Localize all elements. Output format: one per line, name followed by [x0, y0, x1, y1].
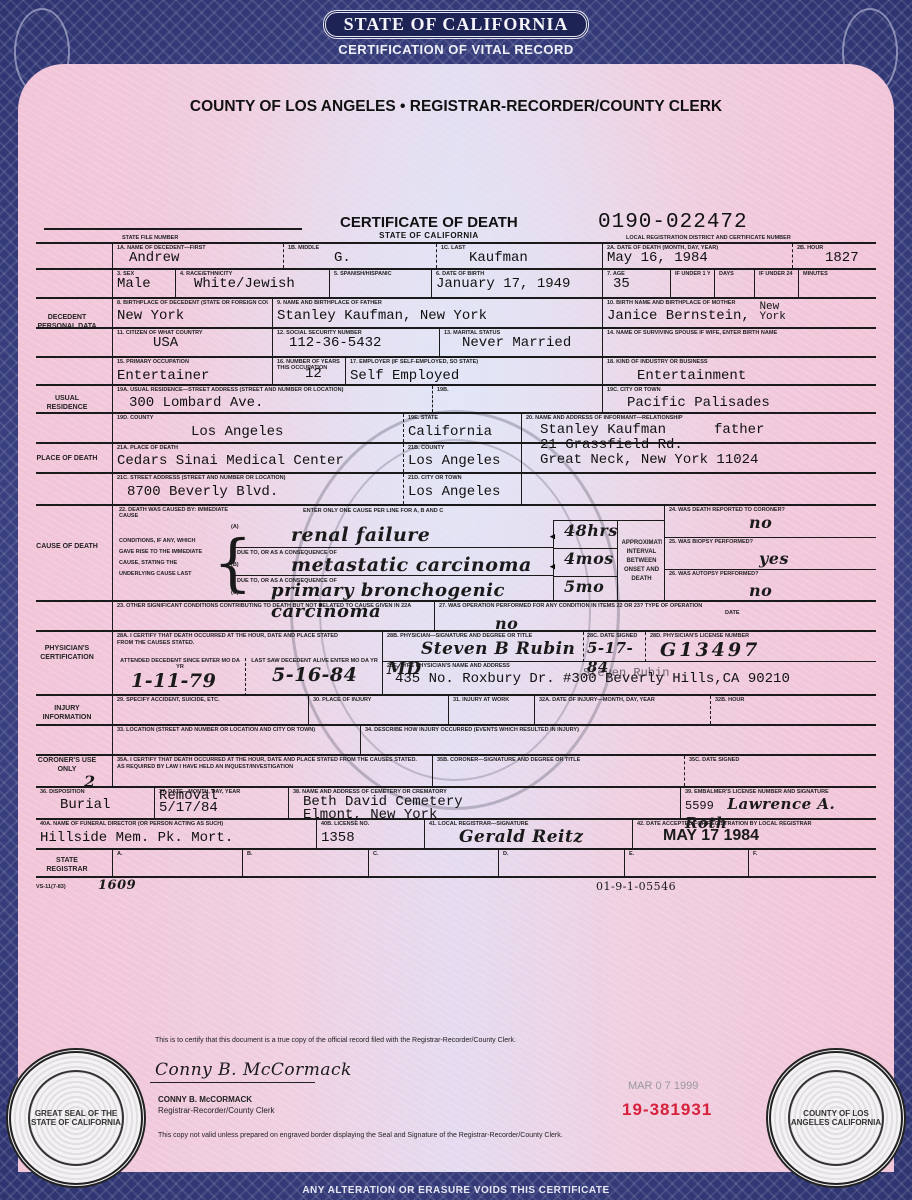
registrar-signature: Conny B. McCormack [155, 1060, 352, 1080]
row-residence-county: USUAL RESIDENCE 19D. COUNTY Los Angeles … [36, 412, 876, 442]
field-injury-describe: 34. DESCRIBE HOW INJURY OCCURRED (EVENTS… [360, 726, 876, 754]
field-place-of-death: 21A. PLACE OF DEATH Cedars Sinai Medical… [112, 444, 403, 472]
field-residence-street: 19A. USUAL RESIDENCE—STREET ADDRESS (STR… [112, 386, 432, 412]
certificate-number: 0190-022472 [598, 211, 748, 234]
row-funeral: 40A. NAME OF FUNERAL DIRECTOR (OR PERSON… [36, 818, 876, 848]
field-physician-license: 28D. PHYSICIAN'S LICENSE NUMBER G13497 [645, 632, 877, 662]
field-operation: 27. WAS OPERATION PERFORMED FOR ANY COND… [434, 602, 876, 630]
local-reg-label: LOCAL REGISTRATION DISTRICT AND CERTIFIC… [626, 235, 791, 241]
row-name: 1A. NAME OF DECEDENT—FIRST Andrew 1B. MI… [36, 242, 876, 268]
field-physician-certify: 28A. I CERTIFY THAT DEATH OCCURRED AT TH… [112, 632, 382, 694]
field-death-city: 21D. CITY OR TOWN Los Angeles [403, 474, 521, 504]
field-race: 4. RACE/ETHNICITY White/Jewish [175, 270, 329, 297]
registrar-title: Registrar-Recorder/County Clerk [158, 1106, 274, 1115]
row-physician: PHYSICIAN'S CERTIFICATION 28A. I CERTIFY… [36, 630, 876, 694]
row-demographics: 3. SEX Male 4. RACE/ETHNICITY White/Jewi… [36, 268, 876, 297]
field-date-of-death: 2A. DATE OF DEATH (MONTH, DAY, YEAR) May… [602, 244, 792, 268]
signature-line [150, 1082, 315, 1083]
row-injury: 29. SPECIFY ACCIDENT, SUICIDE, ETC. 30. … [36, 694, 876, 724]
bottom-notice: ANY ALTERATION OR ERASURE VOIDS THIS CER… [0, 1185, 912, 1196]
row-place-of-death: 21A. PLACE OF DEATH Cedars Sinai Medical… [36, 442, 876, 472]
row-disposition: 36. DISPOSITION Burial 37. DATE—MONTH, D… [36, 786, 876, 818]
field-coroner-certify: 35A. I CERTIFY THAT DEATH OCCURRED AT TH… [112, 756, 432, 786]
field-attended-since: ATTENDED DECEDENT SINCE ENTER MO DA YR 1… [117, 658, 243, 692]
registrar-box-f: F. [748, 850, 876, 876]
field-spouse: 14. NAME OF SURVIVING SPOUSE IF WIFE, EN… [602, 329, 876, 356]
field-first-name: 1A. NAME OF DECEDENT—FIRST Andrew [112, 244, 283, 268]
row-residence-street: 19A. USUAL RESIDENCE—STREET ADDRESS (STR… [36, 384, 876, 412]
field-sex: 3. SEX Male [112, 270, 175, 297]
field-last-name: 1C. LAST Kaufman [436, 244, 602, 268]
field-industry: 18. KIND OF INDUSTRY OR BUSINESS Enterta… [602, 358, 876, 384]
cause-line-b: (B) metastatic carcinoma ◀ [231, 552, 553, 576]
row-parents: DECEDENT PERSONAL DATA 8. BIRTHPLACE OF … [36, 297, 876, 327]
field-local-registrar: 41. LOCAL REGISTRAR—SIGNATURE Gerald Rei… [424, 820, 632, 848]
field-embalmer: 39. EMBALMER'S LICENSE NUMBER AND SIGNAT… [680, 788, 876, 818]
field-spanish: 5. SPANISH/HISPANIC [329, 270, 431, 297]
row-injury-location: INJURY INFORMATION 33. LOCATION (STREET … [36, 724, 876, 754]
field-coroner-date: 35C. DATE SIGNED [684, 756, 876, 786]
section-residence: USUAL RESIDENCE [36, 394, 98, 412]
field-father: 9. NAME AND BIRTHPLACE OF FATHER Stanley… [272, 299, 602, 327]
field-death-street: 21C. STREET ADDRESS (STREET AND NUMBER O… [112, 474, 403, 504]
state-seal-text: GREAT SEAL OF THE STATE OF CALIFORNIA [28, 1070, 124, 1166]
field-marital: 13. MARITAL STATUS Never Married [439, 329, 602, 356]
field-funeral-license: 40B. LICENSE NO. 1358 [316, 820, 424, 848]
field-age: 7. AGE 35 [602, 270, 670, 297]
field-residence-county: 19D. COUNTY Los Angeles [112, 414, 403, 442]
field-injury-location: 33. LOCATION (STREET AND NUMBER OR LOCAT… [112, 726, 360, 754]
field-under1-days: DAYS [714, 270, 754, 297]
cause-questions: 24. WAS DEATH REPORTED TO CORONER? no 25… [664, 506, 876, 600]
field-citizen: 11. CITIZEN OF WHAT COUNTRY USA [112, 329, 272, 356]
field-residence-state: 19E. STATE California [403, 414, 521, 442]
certificate-title: CERTIFICATE OF DEATH [340, 214, 518, 231]
registrar-box-d: D. [498, 850, 624, 876]
field-injury-place: 30. PLACE OF INJURY [308, 696, 448, 724]
certify-text: This is to certify that this document is… [155, 1037, 516, 1044]
field-coroner-signature: 35B. CORONER—SIGNATURE AND DEGREE OR TIT… [432, 756, 684, 786]
field-physician-address: 28E. TYPE PHYSICIAN'S NAME AND ADDRESS 4… [383, 662, 876, 696]
physician-signature-block: 28B. PHYSICIAN—SIGNATURE AND DEGREE OR T… [382, 632, 876, 694]
state-file-label: STATE FILE NUMBER [122, 235, 178, 241]
serial-number: 19-381931 [622, 1100, 712, 1120]
field-date-accepted: 42. DATE ACCEPTED FOR REGISTRATION BY LO… [632, 820, 876, 848]
field-disposition-date: 37. DATE—MONTH, DAY, YEAR Removal 5/17/8… [154, 788, 288, 818]
row-status: 11. CITIZEN OF WHAT COUNTRY USA 12. SOCI… [36, 327, 876, 356]
registrar-name: CONNY B. McCORMACK [158, 1095, 252, 1104]
field-middle-name: 1B. MIDDLE G. [283, 244, 436, 268]
date-stamp: MAR 0 7 1999 [628, 1080, 698, 1092]
state-file-line [44, 228, 302, 230]
section-injury: INJURY INFORMATION [36, 704, 98, 722]
validity-text: This copy not valid unless prepared on e… [158, 1131, 588, 1141]
field-other-conditions: 23. OTHER SIGNIFICANT CONDITIONS CONTRIB… [112, 602, 434, 630]
margin-note: 1609 [98, 878, 136, 893]
field-autopsy: 26. WAS AUTOPSY PERFORMED? no [665, 570, 876, 600]
field-under24-minutes: MINUTES [798, 270, 876, 297]
row-state-registrar: STATE REGISTRAR A. B. C. D. E. F. [36, 848, 876, 878]
section-place: PLACE OF DEATH [36, 454, 98, 463]
cause-line-a: (A) renal failure ◀ [231, 522, 553, 548]
bottom-code: 01-9-1-05546 [596, 880, 676, 893]
field-ssn: 12. SOCIAL SECURITY NUMBER 112-36-5432 [272, 329, 439, 356]
field-employer: 17. EMPLOYER (IF SELF-EMPLOYED, SO STATE… [345, 358, 602, 384]
interval-label: APPROXIMATE INTERVAL BETWEEN ONSET AND D… [617, 520, 665, 602]
cause-line-c: (C) primary bronchogenic carcinoma [231, 580, 553, 602]
county-seal-text: COUNTY OF LOS ANGELES CALIFORNIA [788, 1070, 884, 1166]
registrar-box-a: A. [112, 850, 242, 876]
field-under24-hours: IF UNDER 24 HOURS HOURS [754, 270, 798, 297]
state-title: STATE OF CALIFORNIA [323, 10, 590, 39]
field-birthplace: 8. BIRTHPLACE OF DECEDENT (STATE OR FORE… [112, 299, 272, 327]
field-disposition: 36. DISPOSITION Burial [40, 789, 150, 813]
row-coroner: CORONER'S USE ONLY 2 35A. I CERTIFY THAT… [36, 754, 876, 786]
field-funeral-director: 40A. NAME OF FUNERAL DIRECTOR (OR PERSON… [40, 821, 310, 846]
field-hour: 2B. HOUR 1827 [792, 244, 876, 268]
registrar-box-b: B. [242, 850, 368, 876]
informant-line1: Stanley Kaufmanfather [526, 423, 872, 438]
field-injury-type: 29. SPECIFY ACCIDENT, SUICIDE, ETC. [112, 696, 308, 724]
registrar-box-c: C. [368, 850, 498, 876]
certificate-state: STATE OF CALIFORNIA [340, 231, 518, 240]
section-cause: CAUSE OF DEATH [36, 542, 98, 551]
field-residence-19b: 19B. [432, 386, 602, 412]
field-cemetery: 38. NAME AND ADDRESS OF CEMETERY OR CREM… [288, 788, 680, 818]
certification-subtitle: CERTIFICATION OF VITAL RECORD [338, 42, 574, 57]
county-seal: COUNTY OF LOS ANGELES CALIFORNIA [766, 1048, 906, 1188]
top-banner: STATE OF CALIFORNIA CERTIFICATION OF VIT… [0, 0, 912, 72]
field-date-signed: 28C. DATE SIGNED 5-17-84 [583, 632, 645, 662]
field-death-county: 21B. COUNTY Los Angeles [403, 444, 521, 472]
interval-column: 48hrs 4mos 5mo [553, 520, 617, 602]
field-reported-coroner: 24. WAS DEATH REPORTED TO CORONER? no [665, 506, 876, 538]
row-cause-of-death: CAUSE OF DEATH 22. DEATH WAS CAUSED BY: … [36, 504, 876, 600]
field-last-seen: LAST SAW DECEDENT ALIVE ENTER MO DA YR 5… [245, 658, 379, 696]
form-code: VS-11(7-83) [36, 884, 66, 890]
registrar-box-e: E. [624, 850, 748, 876]
row-other-conditions: 23. OTHER SIGNIFICANT CONDITIONS CONTRIB… [36, 600, 876, 630]
cause-block: 22. DEATH WAS CAUSED BY: IMMEDIATE CAUSE… [112, 506, 664, 600]
field-occupation: 15. PRIMARY OCCUPATION Entertainer [112, 358, 272, 384]
field-dob: 6. DATE OF BIRTH January 17, 1949 [431, 270, 602, 297]
certificate-heading: CERTIFICATE OF DEATH STATE OF CALIFORNIA [340, 214, 518, 240]
row-death-address: PLACE OF DEATH 21C. STREET ADDRESS (STRE… [36, 472, 876, 504]
field-physician-signature: 28B. PHYSICIAN—SIGNATURE AND DEGREE OR T… [383, 632, 583, 662]
county-header: COUNTY OF LOS ANGELES • REGISTRAR-RECORD… [0, 98, 912, 116]
field-biopsy: 25. WAS BIOPSY PERFORMED? yes [665, 538, 876, 570]
section-physician: PHYSICIAN'S CERTIFICATION [36, 644, 98, 662]
field-years-occupation: 16. NUMBER OF YEARS THIS OCCUPATION 12 [272, 358, 345, 384]
section-registrar: STATE REGISTRAR [36, 856, 98, 874]
state-seal: GREAT SEAL OF THE STATE OF CALIFORNIA [6, 1048, 146, 1188]
field-mother: 10. BIRTH NAME AND BIRTHPLACE OF MOTHER … [602, 299, 876, 327]
field-under1-months: IF UNDER 1 YEAR MONTHS [670, 270, 714, 297]
field-injury-hour: 32B. HOUR [710, 696, 876, 724]
field-residence-city: 19C. CITY OR TOWN Pacific Palisades [602, 386, 876, 412]
field-injury-at-work: 31. INJURY AT WORK [448, 696, 534, 724]
field-injury-date: 32A. DATE OF INJURY—MONTH, DAY, YEAR [534, 696, 710, 724]
row-occupation: 15. PRIMARY OCCUPATION Entertainer 16. N… [36, 356, 876, 384]
